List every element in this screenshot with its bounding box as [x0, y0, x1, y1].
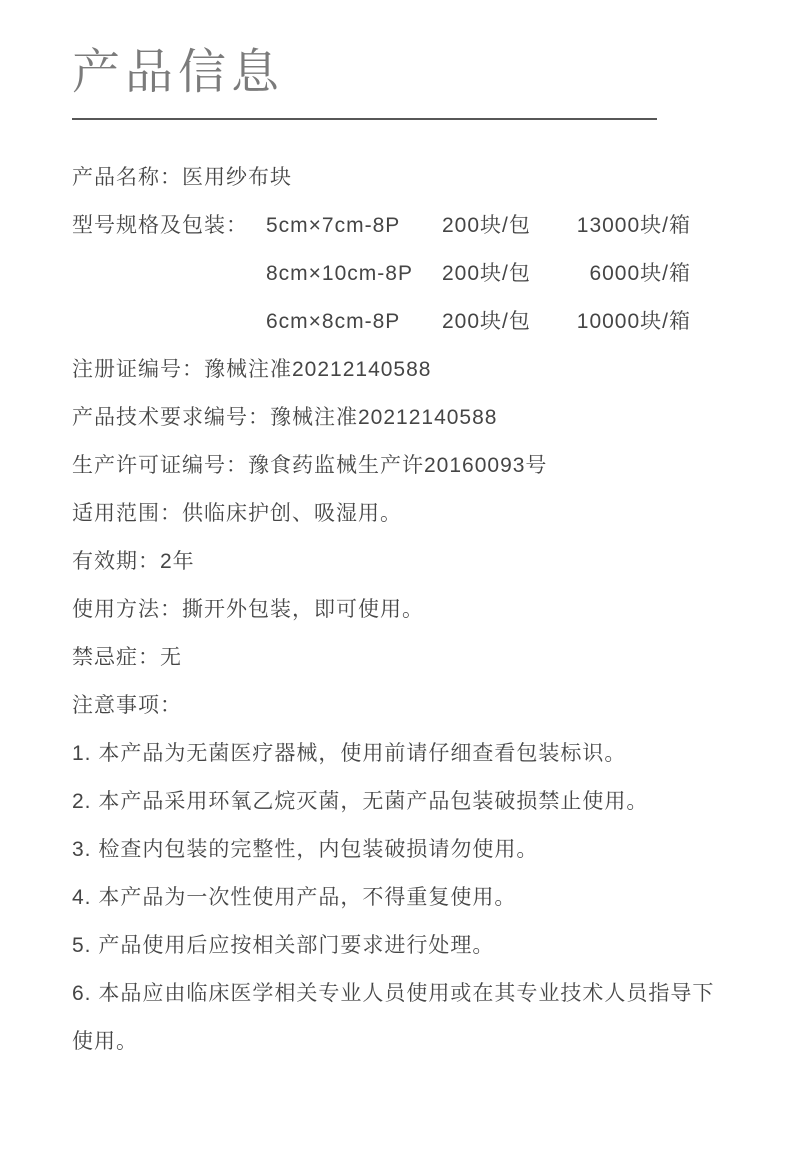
- spec-size: 6cm×8cm-8P: [266, 298, 442, 346]
- field-validity-period: 有效期：2年: [72, 538, 718, 586]
- spec-label-spacer: [72, 298, 266, 346]
- spec-label: 型号规格及包装：: [72, 202, 266, 250]
- field-production-license-no-label: 生产许可证编号：: [72, 454, 248, 477]
- field-tech-requirement-no-value: 豫械注准20212140588: [270, 406, 497, 429]
- field-usage-value: 撕开外包装，即可使用。: [182, 598, 424, 621]
- note-item-4: 4. 本产品为一次性使用产品，不得重复使用。: [72, 874, 718, 922]
- spec-per-pack: 200块/包: [442, 250, 572, 298]
- field-validity-value: 2年: [160, 550, 195, 573]
- field-contraindications: 禁忌症：无: [72, 634, 718, 682]
- field-registration-no: 注册证编号：豫械注准20212140588: [72, 346, 718, 394]
- field-usage-method: 使用方法：撕开外包装，即可使用。: [72, 586, 718, 634]
- spec-label-spacer: [72, 250, 266, 298]
- note-item-1: 1. 本产品为无菌医疗器械，使用前请仔细查看包装标识。: [72, 730, 718, 778]
- field-contraindications-label: 禁忌症：: [72, 646, 160, 669]
- field-product-name-label: 产品名称：: [72, 166, 182, 189]
- field-tech-requirement-no-label: 产品技术要求编号：: [72, 406, 270, 429]
- field-scope-value: 供临床护创、吸湿用。: [182, 502, 402, 525]
- note-item-3: 3. 检查内包装的完整性，内包装破损请勿使用。: [72, 826, 718, 874]
- field-contraindications-value: 无: [160, 646, 182, 669]
- page-title: 产品信息: [72, 42, 718, 104]
- spec-per-pack: 200块/包: [442, 298, 572, 346]
- field-product-name: 产品名称：医用纱布块: [72, 154, 718, 202]
- field-registration-no-value: 豫械注准20212140588: [204, 358, 431, 381]
- title-divider: [72, 118, 657, 120]
- note-item-5: 5. 产品使用后应按相关部门要求进行处理。: [72, 922, 718, 970]
- spec-per-pack: 200块/包: [442, 202, 572, 250]
- note-item-6: 6. 本品应由临床医学相关专业人员使用或在其专业技术人员指导下使用。: [72, 970, 718, 1066]
- product-info-section: 产品信息 产品名称：医用纱布块 型号规格及包装： 5cm×7cm-8P 200块…: [0, 42, 790, 1066]
- spec-size: 8cm×10cm-8P: [266, 250, 442, 298]
- field-production-license-no: 生产许可证编号：豫食药监械生产许20160093号: [72, 442, 718, 490]
- field-tech-requirement-no: 产品技术要求编号：豫械注准20212140588: [72, 394, 718, 442]
- field-validity-label: 有效期：: [72, 550, 160, 573]
- spec-per-box: 13000块/箱: [572, 202, 691, 250]
- spec-size: 5cm×7cm-8P: [266, 202, 442, 250]
- field-scope-of-application: 适用范围：供临床护创、吸湿用。: [72, 490, 718, 538]
- note-item-2: 2. 本产品采用环氧乙烷灭菌，无菌产品包装破损禁止使用。: [72, 778, 718, 826]
- field-registration-no-label: 注册证编号：: [72, 358, 204, 381]
- product-info-body: 产品名称：医用纱布块 型号规格及包装： 5cm×7cm-8P 200块/包 13…: [72, 154, 718, 1066]
- spec-row-3: 6cm×8cm-8P 200块/包 10000块/箱: [72, 298, 718, 346]
- spec-per-box: 10000块/箱: [572, 298, 691, 346]
- field-product-name-value: 医用纱布块: [182, 166, 292, 189]
- field-usage-label: 使用方法：: [72, 598, 182, 621]
- spec-row-1: 型号规格及包装： 5cm×7cm-8P 200块/包 13000块/箱: [72, 202, 718, 250]
- spec-row-2: 8cm×10cm-8P 200块/包 6000块/箱: [72, 250, 718, 298]
- notes-title: 注意事项：: [72, 682, 718, 730]
- field-scope-label: 适用范围：: [72, 502, 182, 525]
- spec-per-box: 6000块/箱: [572, 250, 691, 298]
- field-production-license-no-value: 豫食药监械生产许20160093号: [248, 454, 547, 477]
